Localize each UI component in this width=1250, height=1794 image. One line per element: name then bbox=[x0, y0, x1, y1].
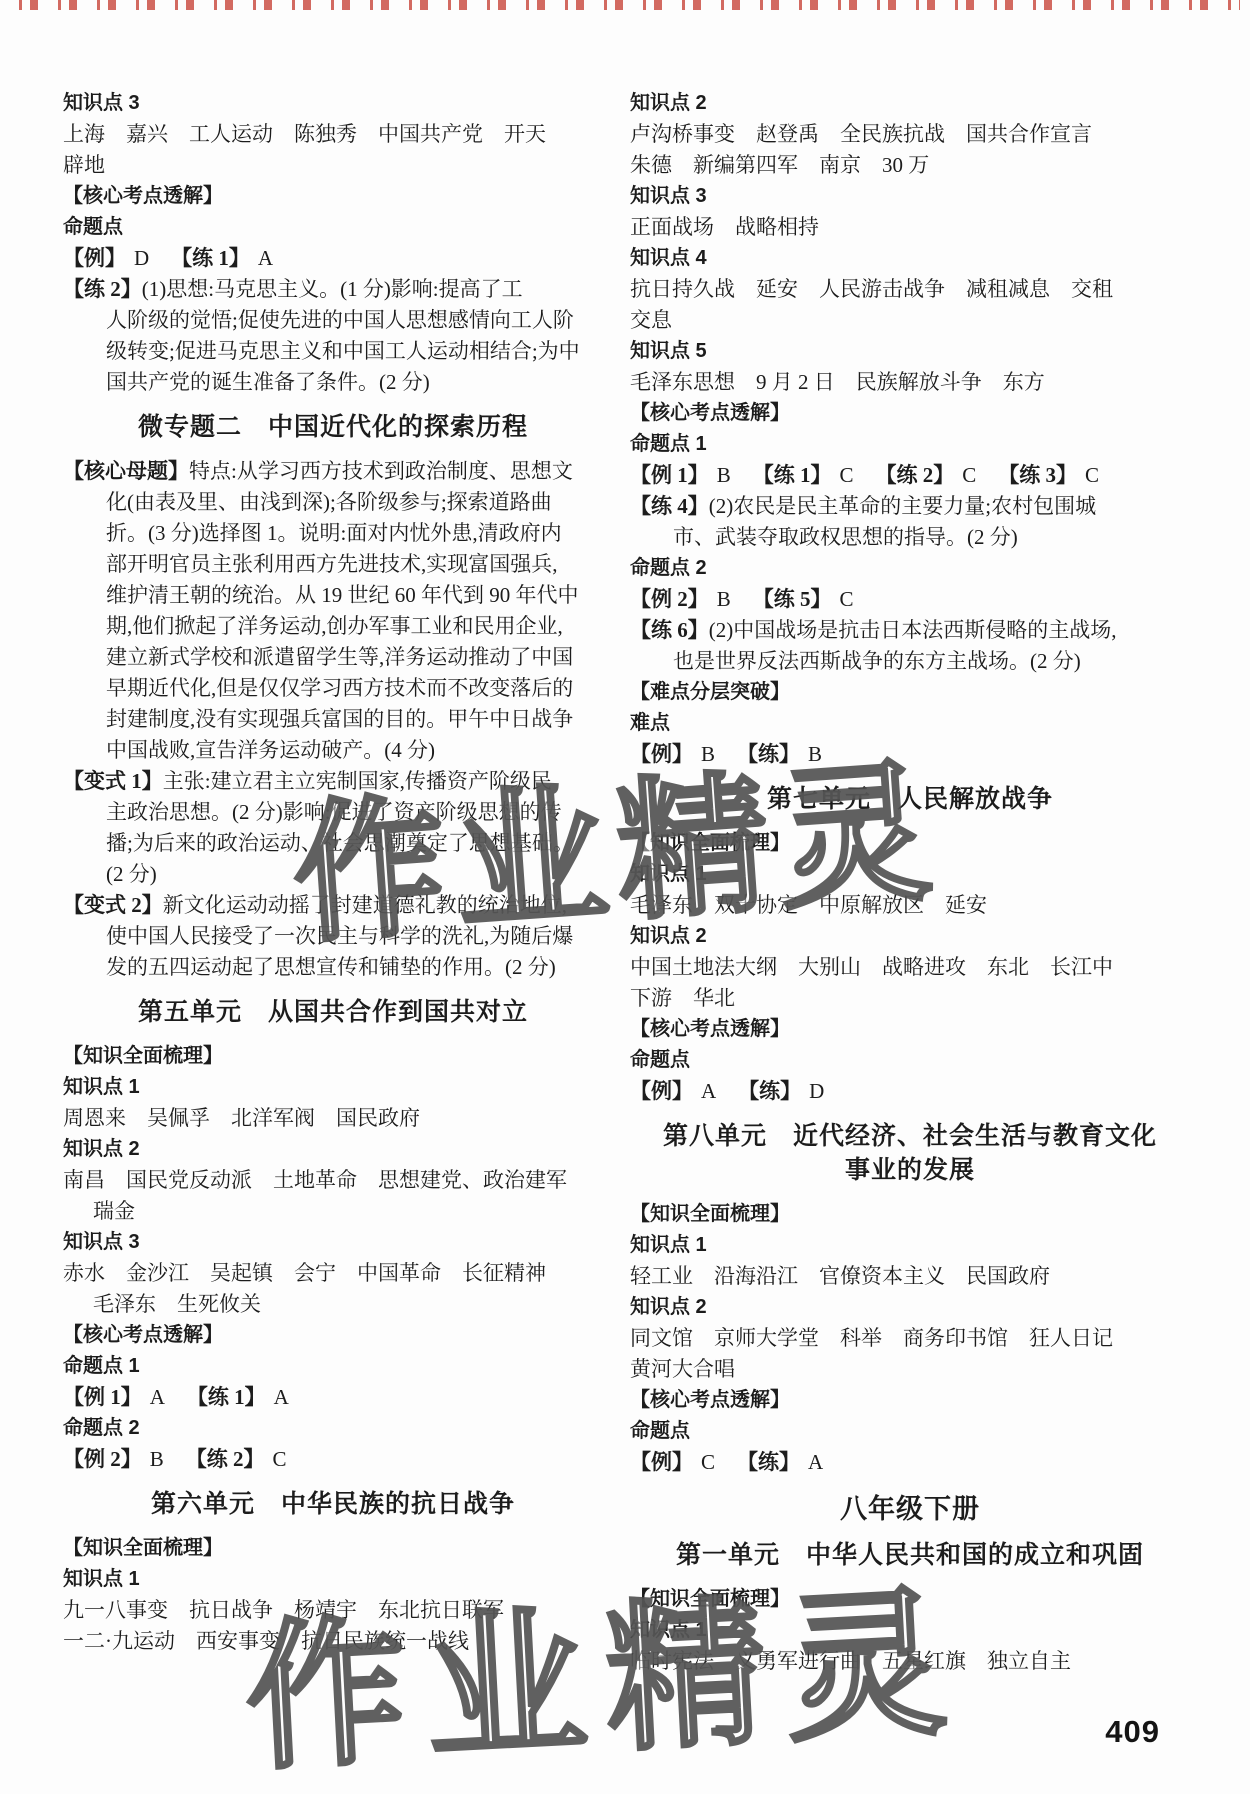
paragraph-line: 建立新式学校和派遣留学生等,洋务运动推动了中国 bbox=[63, 642, 603, 673]
sub-heading: 知识点 3 bbox=[63, 1227, 603, 1258]
answer-line: 【例】D【练 1】A bbox=[63, 243, 603, 274]
answer-key: 【练】 bbox=[738, 1079, 801, 1103]
section-label: 【知识全面梳理】 bbox=[630, 828, 1190, 859]
paragraph-lead: 【核心母题】 bbox=[63, 459, 189, 483]
answer-key: 【练 5】 bbox=[753, 587, 832, 611]
keyword-line: 交息 bbox=[630, 305, 1190, 336]
answer-key: 【练 2】 bbox=[876, 463, 955, 487]
answer-group: 【例 1】A bbox=[63, 1382, 165, 1413]
answer-group: 【练 1】C bbox=[753, 460, 854, 491]
paragraph-lead: 【练 6】 bbox=[630, 618, 709, 642]
answer-key: 【练】 bbox=[737, 742, 800, 766]
section-label: 【核心考点透解】 bbox=[63, 1320, 603, 1351]
keyword-line: 黄河大合唱 bbox=[630, 1354, 1190, 1385]
unit-heading: 第五单元 从国共合作到国共对立 bbox=[63, 996, 603, 1030]
sub-heading: 知识点 4 bbox=[630, 243, 1190, 274]
keyword-line: 南昌 国民党反动派 土地革命 思想建党、政治建军 bbox=[63, 1165, 603, 1196]
paragraph-line: 早期近代化,但是仅仅学习西方技术而不改变落后的 bbox=[63, 673, 603, 704]
answer-line: 【例】C【练】A bbox=[630, 1447, 1190, 1478]
unit-heading: 第一单元 中华人民共和国的成立和巩固 bbox=[630, 1539, 1190, 1573]
paragraph-line: 国共产党的诞生准备了条件。(2 分) bbox=[63, 367, 603, 398]
paragraph-line: 人阶级的觉悟;促使先进的中国人思想感情向工人阶 bbox=[63, 305, 603, 336]
paragraph-line: 封建制度,没有实现强兵富国的目的。甲午中日战争 bbox=[63, 704, 603, 735]
answer-key: 【例】 bbox=[630, 1450, 693, 1474]
sub-heading: 知识点 1 bbox=[630, 1615, 1190, 1646]
heading-line: 第八单元 近代经济、社会生活与教育文化 bbox=[630, 1120, 1190, 1154]
answer-group: 【练】B bbox=[737, 739, 822, 770]
answer-key: 【例 2】 bbox=[63, 1447, 142, 1471]
answer-key: 【例】 bbox=[63, 246, 126, 270]
sub-heading: 知识点 2 bbox=[630, 88, 1190, 119]
paragraph-lead: 【变式 1】 bbox=[63, 769, 163, 793]
heading-line: 八年级下册 bbox=[630, 1492, 1190, 1526]
answer-key: 【练 3】 bbox=[998, 463, 1077, 487]
answer-value: C bbox=[840, 587, 854, 611]
answer-key: 【练 1】 bbox=[171, 246, 250, 270]
answer-group: 【练 1】A bbox=[187, 1382, 289, 1413]
answer-value: A bbox=[274, 1385, 289, 1409]
sub-heading: 知识点 1 bbox=[63, 1564, 603, 1595]
paragraph-line: 【变式 2】新文化运动动摇了封建道德礼教的统治地位, bbox=[63, 890, 603, 921]
sub-heading: 知识点 1 bbox=[630, 1230, 1190, 1261]
answer-key: 【练 1】 bbox=[187, 1385, 266, 1409]
answer-line: 【例 1】B【练 1】C【练 2】C【练 3】C bbox=[630, 460, 1190, 491]
answer-key: 【例】 bbox=[630, 1079, 693, 1103]
answer-value: C bbox=[701, 1450, 715, 1474]
answer-line: 【例 2】B【练 2】C bbox=[63, 1444, 603, 1475]
answer-value: B bbox=[701, 742, 715, 766]
section-label: 【核心考点透解】 bbox=[630, 1014, 1190, 1045]
answer-line: 【例】B【练】B bbox=[630, 739, 1190, 770]
answer-line: 【例】A【练】D bbox=[630, 1076, 1190, 1107]
heading-line: 微专题二 中国近代化的探索历程 bbox=[63, 411, 603, 445]
paragraph-line: 折。(3 分)选择图 1。说明:面对内忧外患,清政府内 bbox=[63, 518, 603, 549]
heading-line: 第六单元 中华民族的抗日战争 bbox=[63, 1488, 603, 1522]
keyword-line: 毛泽东 生死攸关 bbox=[63, 1289, 603, 1320]
answer-value: C bbox=[273, 1447, 287, 1471]
keyword-line: 下游 华北 bbox=[630, 983, 1190, 1014]
answer-group: 【例 1】B bbox=[630, 460, 731, 491]
answer-group: 【练 3】C bbox=[998, 460, 1099, 491]
paragraph-line: 化(由表及里、由浅到深);各阶级参与;探索道路曲 bbox=[63, 487, 603, 518]
keyword-line: 上海 嘉兴 工人运动 陈独秀 中国共产党 开天 bbox=[63, 119, 603, 150]
section-label: 【核心考点透解】 bbox=[63, 181, 603, 212]
paragraph-line: 也是世界反法西斯战争的东方主战场。(2 分) bbox=[630, 646, 1190, 677]
section-label: 【难点分层突破】 bbox=[630, 677, 1190, 708]
left-column: 知识点 3上海 嘉兴 工人运动 陈独秀 中国共产党 开天辟地【核心考点透解】命题… bbox=[63, 88, 603, 1657]
section-label: 【核心考点透解】 bbox=[630, 398, 1190, 429]
answer-group: 【例】C bbox=[630, 1447, 715, 1478]
paragraph-line: 市、武装夺取政权思想的指导。(2 分) bbox=[630, 522, 1190, 553]
paragraph-line: (2 分) bbox=[63, 859, 603, 890]
paragraph-line: 播;为后来的政治运动、社会思潮奠定了思想基础。 bbox=[63, 828, 603, 859]
sub-heading: 知识点 5 bbox=[630, 336, 1190, 367]
answer-group: 【例】A bbox=[630, 1076, 716, 1107]
paragraph-line: 【练 6】(2)中国战场是抗击日本法西斯侵略的主战场, bbox=[630, 615, 1190, 646]
paragraph-line: 【练 4】(2)农民是民主革命的主要力量;农村包围城 bbox=[630, 491, 1190, 522]
heading-line: 第七单元 人民解放战争 bbox=[630, 783, 1190, 817]
paragraph-line: 【变式 1】主张:建立君主立宪制国家,传播资产阶级民 bbox=[63, 766, 603, 797]
unit-heading: 微专题二 中国近代化的探索历程 bbox=[63, 411, 603, 445]
unit-heading: 第七单元 人民解放战争 bbox=[630, 783, 1190, 817]
unit-heading: 第六单元 中华民族的抗日战争 bbox=[63, 1488, 603, 1522]
answer-value: D bbox=[809, 1079, 824, 1103]
sub-heading: 命题点 1 bbox=[63, 1351, 603, 1382]
paragraph-line: 维护清王朝的统治。从 19 世纪 60 年代到 90 年代中 bbox=[63, 580, 603, 611]
paragraph-lead: 【练 2】 bbox=[63, 277, 142, 301]
answer-value: B bbox=[808, 742, 822, 766]
keyword-line: 卢沟桥事变 赵登禹 全民族抗战 国共合作宣言 bbox=[630, 119, 1190, 150]
paragraph-lead: 【变式 2】 bbox=[63, 893, 163, 917]
answer-key: 【练 2】 bbox=[186, 1447, 265, 1471]
keyword-line: 朱德 新编第四军 南京 30 万 bbox=[630, 150, 1190, 181]
answer-group: 【练 2】C bbox=[876, 460, 977, 491]
heading-line: 第五单元 从国共合作到国共对立 bbox=[63, 996, 603, 1030]
answer-line: 【例 2】B【练 5】C bbox=[630, 584, 1190, 615]
keyword-line: 周恩来 吴佩孚 北洋军阀 国民政府 bbox=[63, 1103, 603, 1134]
answer-value: C bbox=[962, 463, 976, 487]
answer-group: 【练】A bbox=[737, 1447, 823, 1478]
answer-value: A bbox=[258, 246, 273, 270]
answer-value: C bbox=[840, 463, 854, 487]
keyword-line: 辟地 bbox=[63, 150, 603, 181]
page-number: 409 bbox=[1105, 1714, 1160, 1750]
book-answer-page: { "page": {"number": "409"}, "watermark"… bbox=[0, 0, 1250, 1794]
paragraph-line: 发的五四运动起了思想宣传和铺垫的作用。(2 分) bbox=[63, 952, 603, 983]
keyword-line: 毛泽东 双十协定 中原解放区 延安 bbox=[630, 890, 1190, 921]
keyword-line: 临时宪法 义勇军进行曲 五星红旗 独立自主 bbox=[630, 1646, 1190, 1677]
answer-value: D bbox=[134, 246, 149, 270]
answer-value: A bbox=[808, 1450, 823, 1474]
section-label: 【知识全面梳理】 bbox=[630, 1584, 1190, 1615]
answer-group: 【练 2】C bbox=[186, 1444, 287, 1475]
heading-line: 事业的发展 bbox=[630, 1154, 1190, 1188]
paragraph-line: 期,他们掀起了洋务运动,创办军事工业和民用企业, bbox=[63, 611, 603, 642]
sub-heading: 知识点 2 bbox=[630, 921, 1190, 952]
answer-value: B bbox=[717, 463, 731, 487]
paragraph-line: 中国战败,宣告洋务运动破产。(4 分) bbox=[63, 735, 603, 766]
keyword-line: 轻工业 沿海沿江 官僚资本主义 民国政府 bbox=[630, 1261, 1190, 1292]
sub-heading: 知识点 2 bbox=[630, 1292, 1190, 1323]
sub-heading: 命题点 1 bbox=[630, 429, 1190, 460]
answer-group: 【练 5】C bbox=[753, 584, 854, 615]
answer-key: 【例】 bbox=[630, 742, 693, 766]
paragraph-line: 主政治思想。(2 分)影响:促进了资产阶级思想的传 bbox=[63, 797, 603, 828]
paragraph-line: 级转变;促进马克思主义和中国工人运动相结合;为中 bbox=[63, 336, 603, 367]
keyword-line: 九一八事变 抗日战争 杨靖宇 东北抗日联军 bbox=[63, 1595, 603, 1626]
section-label: 【知识全面梳理】 bbox=[63, 1041, 603, 1072]
unit-heading: 第八单元 近代经济、社会生活与教育文化事业的发展 bbox=[630, 1120, 1190, 1188]
keyword-line: 赤水 金沙江 吴起镇 会宁 中国革命 长征精神 bbox=[63, 1258, 603, 1289]
keyword-line: 抗日持久战 延安 人民游击战争 减租减息 交租 bbox=[630, 274, 1190, 305]
section-label: 【核心考点透解】 bbox=[630, 1385, 1190, 1416]
sub-heading: 知识点 3 bbox=[63, 88, 603, 119]
keyword-line: 中国土地法大纲 大别山 战略进攻 东北 长江中 bbox=[630, 952, 1190, 983]
answer-key: 【例 2】 bbox=[630, 587, 709, 611]
answer-key: 【例 1】 bbox=[630, 463, 709, 487]
paragraph-line: 【核心母题】特点:从学习西方技术到政治制度、思想文 bbox=[63, 456, 603, 487]
right-column: 知识点 2卢沟桥事变 赵登禹 全民族抗战 国共合作宣言朱德 新编第四军 南京 3… bbox=[630, 88, 1190, 1677]
keyword-line: 瑞金 bbox=[63, 1196, 603, 1227]
answer-key: 【例 1】 bbox=[63, 1385, 142, 1409]
answer-value: B bbox=[150, 1447, 164, 1471]
keyword-line: 正面战场 战略相持 bbox=[630, 212, 1190, 243]
sub-heading: 知识点 3 bbox=[630, 181, 1190, 212]
keyword-line: 毛泽东思想 9 月 2 日 民族解放斗争 东方 bbox=[630, 367, 1190, 398]
sub-heading: 难点 bbox=[630, 708, 1190, 739]
top-red-cutoff-marks bbox=[10, 0, 1240, 10]
answer-key: 【练】 bbox=[737, 1450, 800, 1474]
keyword-line: 一二·九运动 西安事变 抗日民族统一战线 bbox=[63, 1626, 603, 1657]
sub-heading: 命题点 bbox=[630, 1045, 1190, 1076]
answer-group: 【例】D bbox=[63, 243, 149, 274]
sub-heading: 命题点 2 bbox=[630, 553, 1190, 584]
sub-heading: 命题点 bbox=[63, 212, 603, 243]
section-label: 【知识全面梳理】 bbox=[630, 1199, 1190, 1230]
section-label: 【知识全面梳理】 bbox=[63, 1533, 603, 1564]
paragraph-line: 使中国人民接受了一次民主与科学的洗礼,为随后爆 bbox=[63, 921, 603, 952]
paragraph-lead: 【练 4】 bbox=[630, 494, 709, 518]
sub-heading: 知识点 2 bbox=[63, 1134, 603, 1165]
answer-line: 【例 1】A【练 1】A bbox=[63, 1382, 603, 1413]
heading-line: 第一单元 中华人民共和国的成立和巩固 bbox=[630, 1539, 1190, 1573]
answer-key: 【练 1】 bbox=[753, 463, 832, 487]
answer-group: 【例 2】B bbox=[630, 584, 731, 615]
answer-group: 【例 2】B bbox=[63, 1444, 164, 1475]
paragraph-line: 【练 2】(1)思想:马克思主义。(1 分)影响:提高了工 bbox=[63, 274, 603, 305]
book-part-heading: 八年级下册 bbox=[630, 1492, 1190, 1526]
answer-value: A bbox=[701, 1079, 716, 1103]
sub-heading: 知识点 1 bbox=[630, 859, 1190, 890]
keyword-line: 同文馆 京师大学堂 科举 商务印书馆 狂人日记 bbox=[630, 1323, 1190, 1354]
sub-heading: 命题点 bbox=[630, 1416, 1190, 1447]
answer-group: 【例】B bbox=[630, 739, 715, 770]
paragraph-line: 部开明官员主张利用西方先进技术,实现富国强兵, bbox=[63, 549, 603, 580]
answer-value: C bbox=[1085, 463, 1099, 487]
answer-group: 【练 1】A bbox=[171, 243, 273, 274]
sub-heading: 命题点 2 bbox=[63, 1413, 603, 1444]
sub-heading: 知识点 1 bbox=[63, 1072, 603, 1103]
answer-group: 【练】D bbox=[738, 1076, 824, 1107]
answer-value: A bbox=[150, 1385, 165, 1409]
answer-value: B bbox=[717, 587, 731, 611]
